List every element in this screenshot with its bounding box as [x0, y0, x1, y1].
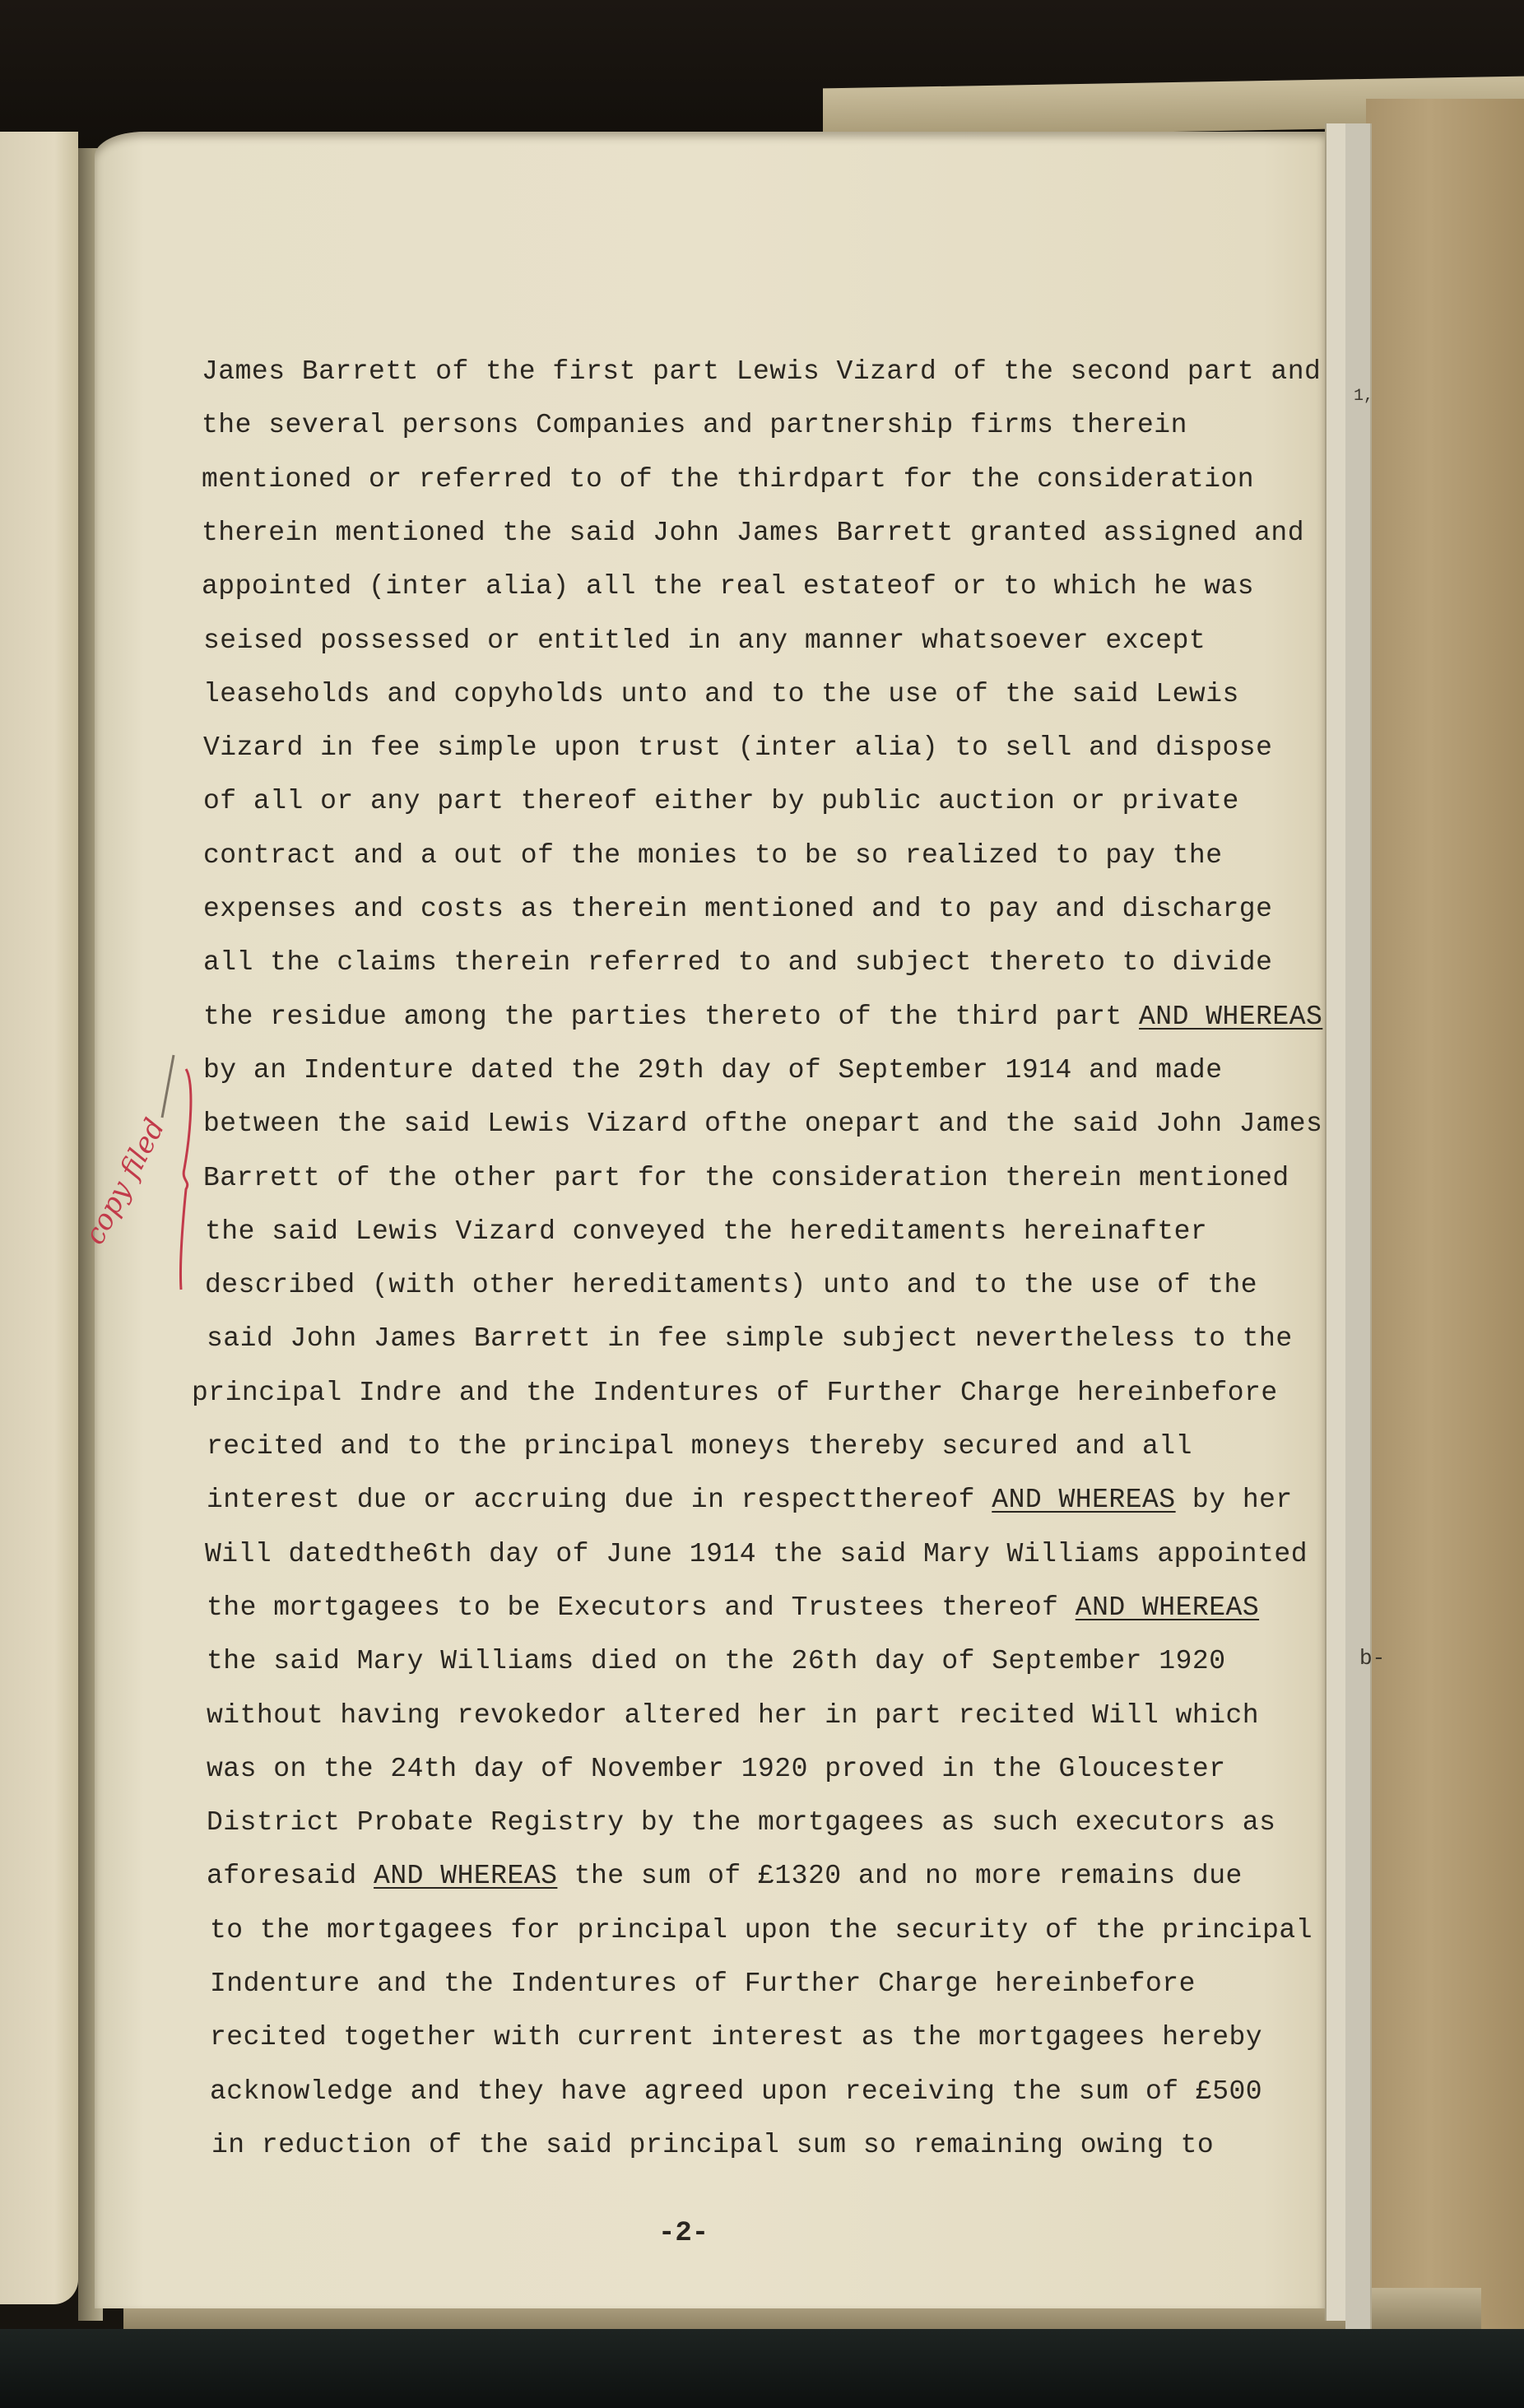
line-text-after: by her	[1176, 1485, 1293, 1515]
text-line: the said Lewis Vizard conveyed the hered…	[205, 1216, 1207, 1248]
line-text: therein mentioned the said John James Ba…	[202, 518, 1304, 548]
text-line: to the mortgagees for principal upon the…	[210, 1914, 1313, 1947]
line-text: without having revokedor altered her in …	[207, 1700, 1259, 1731]
line-text: interest due or accruing due in respectt…	[207, 1485, 992, 1515]
strip-mark-lower: b-	[1359, 1646, 1385, 1671]
text-line: of all or any part thereof either by pub…	[203, 785, 1239, 818]
left-page-edge	[0, 132, 78, 2304]
text-line: James Barrett of the first part Lewis Vi…	[202, 356, 1321, 388]
text-line: described (with other hereditaments) unt…	[205, 1269, 1257, 1302]
line-text: all the claims therein referred to and s…	[203, 947, 1272, 978]
line-text: recited together with current interest a…	[210, 2022, 1262, 2052]
text-line: acknowledge and they have agreed upon re…	[210, 2076, 1262, 2108]
text-line: appointed (inter alia) all the real esta…	[202, 570, 1254, 603]
text-line: recited and to the principal moneys ther…	[207, 1430, 1192, 1463]
line-text: Vizard in fee simple upon trust (inter a…	[203, 732, 1272, 763]
underlined-phrase: AND WHEREAS	[992, 1485, 1175, 1515]
underlined-phrase: AND WHEREAS	[1139, 1002, 1322, 1032]
text-line: all the claims therein referred to and s…	[203, 946, 1272, 979]
text-line: the several persons Companies and partne…	[202, 409, 1187, 442]
line-text: appointed (inter alia) all the real esta…	[202, 571, 1254, 602]
line-text: acknowledge and they have agreed upon re…	[210, 2076, 1262, 2107]
text-line: in reduction of the said principal sum s…	[211, 2129, 1214, 2162]
line-text: Will datedthe6th day of June 1914 the sa…	[205, 1539, 1308, 1569]
text-line: the residue among the parties thereto of…	[203, 1001, 1322, 1034]
text-line: between the said Lewis Vizard ofthe onep…	[203, 1108, 1322, 1141]
text-line: District Probate Registry by the mortgag…	[207, 1806, 1275, 1839]
red-brace-icon	[174, 1066, 199, 1296]
line-text: mentioned or referred to of the thirdpar…	[202, 464, 1254, 495]
text-line: contract and a out of the monies to be s…	[203, 839, 1223, 872]
text-line: said John James Barrett in fee simple su…	[207, 1323, 1293, 1355]
text-line: recited together with current interest a…	[210, 2021, 1262, 2054]
line-text: recited and to the principal moneys ther…	[207, 1431, 1192, 1462]
line-text: leaseholds and copyholds unto and to the…	[203, 679, 1239, 709]
page-number: -2-	[658, 2218, 709, 2249]
text-line: the mortgagees to be Executors and Trust…	[207, 1592, 1259, 1625]
text-line: mentioned or referred to of the thirdpar…	[202, 463, 1254, 496]
text-line: by an Indenture dated the 29th day of Se…	[203, 1054, 1223, 1087]
line-text: in reduction of the said principal sum s…	[211, 2130, 1214, 2160]
paper-strip	[1325, 123, 1347, 2321]
line-text: said John James Barrett in fee simple su…	[207, 1323, 1293, 1354]
line-text: by an Indenture dated the 29th day of Se…	[203, 1055, 1223, 1085]
text-line: Barrett of the other part for the consid…	[203, 1162, 1289, 1195]
strip-mark-upper: 1,	[1354, 387, 1373, 406]
line-text: of all or any part thereof either by pub…	[203, 786, 1239, 816]
underlined-phrase: AND WHEREAS	[1076, 1592, 1259, 1623]
line-text: the residue among the parties thereto of…	[203, 1002, 1139, 1032]
line-text: Indenture and the Indentures of Further …	[210, 1969, 1196, 1999]
text-line: the said Mary Williams died on the 26th …	[207, 1645, 1226, 1678]
line-text: the mortgagees to be Executors and Trust…	[207, 1592, 1076, 1623]
line-text: seised possessed or entitled in any mann…	[203, 625, 1206, 656]
text-line: aforesaid AND WHEREAS the sum of £1320 a…	[207, 1860, 1243, 1893]
text-line: leaseholds and copyholds unto and to the…	[203, 678, 1239, 711]
text-line: was on the 24th day of November 1920 pro…	[207, 1753, 1226, 1786]
line-text: expenses and costs as therein mentioned …	[203, 894, 1272, 924]
line-text: District Probate Registry by the mortgag…	[207, 1807, 1275, 1838]
text-line: seised possessed or entitled in any mann…	[203, 625, 1206, 658]
line-text: to the mortgagees for principal upon the…	[210, 1915, 1313, 1945]
text-line: without having revokedor altered her in …	[207, 1699, 1259, 1732]
line-text: between the said Lewis Vizard ofthe onep…	[203, 1109, 1322, 1139]
line-text: the said Mary Williams died on the 26th …	[207, 1646, 1226, 1676]
line-text: the said Lewis Vizard conveyed the hered…	[205, 1216, 1207, 1247]
brown-folder	[1366, 99, 1524, 2362]
line-text: Barrett of the other part for the consid…	[203, 1163, 1289, 1193]
dark-background-bottom	[0, 2329, 1524, 2408]
text-line: therein mentioned the said John James Ba…	[202, 517, 1304, 550]
line-text: principal Indre and the Indentures of Fu…	[192, 1378, 1278, 1408]
text-line: Will datedthe6th day of June 1914 the sa…	[205, 1538, 1308, 1571]
line-text: contract and a out of the monies to be s…	[203, 840, 1223, 871]
text-line: interest due or accruing due in respectt…	[207, 1484, 1293, 1517]
text-line: Vizard in fee simple upon trust (inter a…	[203, 732, 1272, 765]
line-text: aforesaid	[207, 1861, 374, 1891]
line-text-after: the sum of £1320 and no more remains due	[557, 1861, 1242, 1891]
line-text: James Barrett of the first part Lewis Vi…	[202, 356, 1321, 387]
line-text: described (with other hereditaments) unt…	[205, 1270, 1257, 1300]
text-line: principal Indre and the Indentures of Fu…	[192, 1377, 1278, 1410]
paper-strip	[1345, 123, 1372, 2329]
text-line: Indenture and the Indentures of Further …	[210, 1968, 1196, 2001]
line-text: the several persons Companies and partne…	[202, 410, 1187, 440]
line-text: was on the 24th day of November 1920 pro…	[207, 1754, 1226, 1784]
underlined-phrase: AND WHEREAS	[374, 1861, 557, 1891]
text-line: expenses and costs as therein mentioned …	[203, 893, 1272, 926]
